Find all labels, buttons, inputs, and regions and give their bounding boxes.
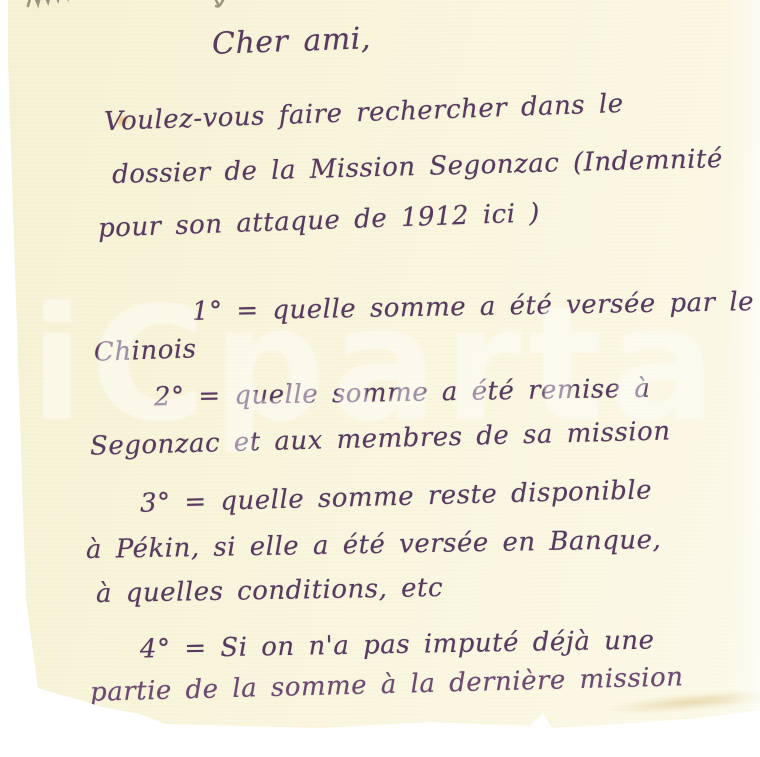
paper: Cher ami, Voulez-vous faire rechercher d… [0, 0, 760, 740]
handwritten-line: à quelles conditions, etc [96, 573, 443, 609]
letter-greeting: Cher ami, [211, 21, 371, 62]
handwritten-line: Chinois [94, 334, 198, 368]
pencil-scribble-icon [22, 0, 242, 22]
scanned-letter: Cher ami, Voulez-vous faire rechercher d… [0, 0, 760, 757]
paper-edge-fade [726, 0, 760, 740]
